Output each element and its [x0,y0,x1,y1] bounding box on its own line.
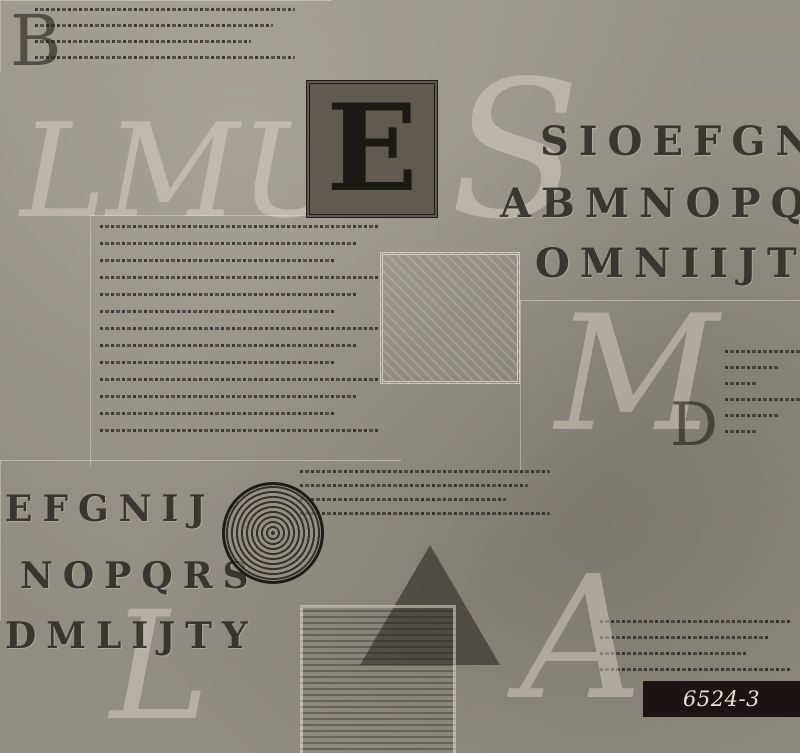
script-line [100,361,336,364]
script-line [100,412,336,415]
ghost-letter-b: B [10,0,61,82]
script-line [300,484,528,487]
script-line [725,414,778,417]
script-line [725,382,756,385]
script-line [100,378,380,381]
script-line [100,344,358,347]
round-seal-emblem [222,482,324,584]
script-line [35,56,295,59]
script-line [300,470,550,473]
product-code-text: 6524-3 [683,687,760,711]
script-line [35,40,251,43]
ghost-letter-a: A [520,540,643,738]
ghost-letter-l: L [110,580,210,753]
product-code-label: 6524-3 [643,681,800,717]
script-line [725,350,800,353]
blackletter-row: EFGNIJ [5,488,216,530]
blackletter-row: ABMNOPQRS [500,180,800,227]
blackletter-row: OMNIIJTY [535,240,800,287]
ornamental-square [380,252,520,384]
script-line [725,366,778,369]
script-line [35,24,273,27]
script-line [100,327,380,330]
script-line [725,430,756,433]
script-line [100,429,380,432]
script-line [100,276,380,279]
ghost-letter-d: D [670,390,718,460]
blackletter-row: SIOEFGNI [540,118,800,165]
illuminated-initial-e: E [306,80,438,218]
script-line [300,498,506,501]
script-line [100,310,336,313]
script-line [725,398,800,401]
script-line [35,8,295,11]
blackletter-row: NOPQRS [20,555,259,597]
script-line [100,395,358,398]
script-line [100,293,358,296]
script-line [100,259,336,262]
script-line [300,512,550,515]
ornamental-frame [300,605,456,753]
blackletter-row: DMLIJTY [5,615,258,657]
fabric-swatch: LMUI S M L A B D SIOEFGNI ABMNOPQRS OMNI… [0,0,800,753]
